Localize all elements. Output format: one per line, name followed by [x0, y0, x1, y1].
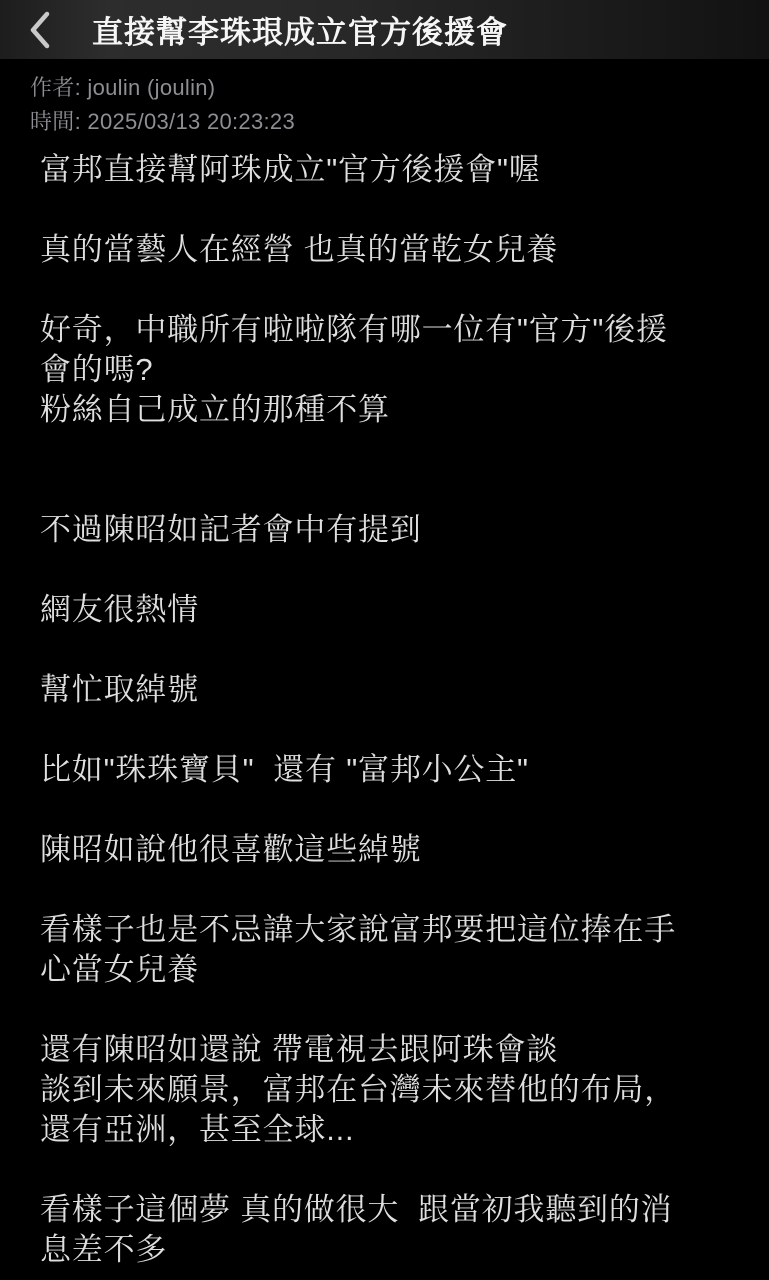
post-line: [40, 1150, 739, 1190]
post-line: [40, 550, 739, 590]
post-line: 陳昭如說他很喜歡這些綽號: [40, 830, 739, 870]
post-line: [40, 470, 739, 510]
author-line: 作者: joulin (joulin): [30, 71, 769, 105]
post-line: 比如"珠珠寶貝" 還有 "富邦小公主": [40, 750, 739, 790]
post-line: [40, 790, 739, 830]
post-line: [40, 630, 739, 670]
post-line: 會的嗎?: [40, 350, 739, 390]
post-line: 富邦直接幫阿珠成立"官方後援會"喔: [40, 150, 739, 190]
back-button[interactable]: [0, 0, 62, 59]
post-content[interactable]: 富邦直接幫阿珠成立"官方後援會"喔 真的當藝人在經營 也真的當乾女兒養 好奇，中…: [0, 150, 769, 1270]
post-line: 不過陳昭如記者會中有提到: [40, 510, 739, 550]
post-line: 真的當藝人在經營 也真的當乾女兒養: [40, 230, 739, 270]
post-line: 心當女兒養: [40, 950, 739, 990]
post-line: [40, 710, 739, 750]
post-line: 息差不多: [40, 1230, 739, 1270]
post-line: [40, 990, 739, 1030]
post-line: 談到未來願景，富邦在台灣未來替他的布局，: [40, 1070, 739, 1110]
chevron-left-icon: [30, 11, 50, 49]
time-line: 時間: 2025/03/13 20:23:23: [30, 105, 769, 139]
post-line: 幫忙取綽號: [40, 670, 739, 710]
post-line: [40, 270, 739, 310]
post-line: [40, 430, 739, 470]
post-line: [40, 190, 739, 230]
post-meta: 作者: joulin (joulin) 時間: 2025/03/13 20:23…: [30, 71, 769, 139]
post-line: 還有陳昭如還說 帶電視去跟阿珠會談: [40, 1030, 739, 1070]
post-line: 粉絲自己成立的那種不算: [40, 390, 739, 430]
post-line: 網友很熱情: [40, 590, 739, 630]
post-line: 看樣子也是不忌諱大家說富邦要把這位捧在手: [40, 910, 739, 950]
page-title: 直接幫李珠珢成立官方後援會: [92, 7, 508, 52]
post-line: [40, 870, 739, 910]
post-line: 好奇，中職所有啦啦隊有哪一位有"官方"後援: [40, 310, 739, 350]
post-line: 還有亞洲，甚至全球...: [40, 1110, 739, 1150]
post-line: 看樣子這個夢 真的做很大 跟當初我聽到的消: [40, 1190, 739, 1230]
navbar: 直接幫李珠珢成立官方後援會: [0, 0, 769, 59]
